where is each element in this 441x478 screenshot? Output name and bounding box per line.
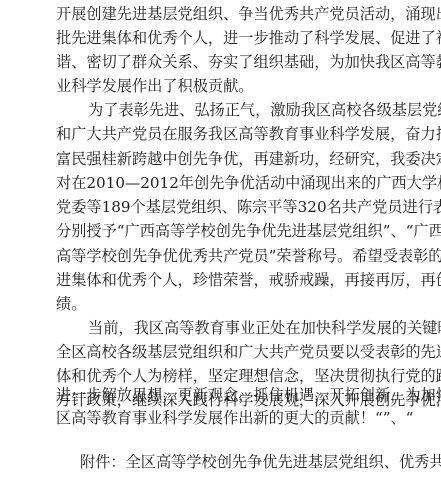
attachment-line: 附件：全区高等学校创先争优先进基层党组织、优秀共产 xyxy=(80,450,386,474)
paragraph-1-line-1: 开展创建先进基层党组织、争当优秀共产党员活动，涌现出一大 xyxy=(56,2,386,26)
paragraph-3-line-6: 区高等教育事业科学发展作出新的更大的贡献！“”、“ xyxy=(56,406,386,430)
paragraph-2-line-8: 进集体和优秀个人，珍惜荣誉，戒骄戒躁，再接再厉，再创佳 xyxy=(56,268,386,292)
paragraph-1-line-3: 谐、密切了群众关系、夯实了组织基础，为加快我区高等教育事 xyxy=(56,50,386,74)
document-page: 开展创建先进基层党组织、争当优秀共产党员活动，涌现出一大 批先进集体和优秀个人，… xyxy=(0,0,441,478)
paragraph-2-line-7: 高等学校创先争优优秀共产党员”荣誉称号。希望受表彰的先 xyxy=(56,244,386,268)
paragraph-2-line-9: 绩。 xyxy=(56,292,386,316)
paragraph-2-line-5: 党委等189个基层党组织、陈宗平等320名共产党员进行表彰， xyxy=(56,195,386,219)
paragraph-2-line-1: 为了表彰先进、弘扬正气，激励我区高校各级基层党组织 xyxy=(88,98,386,122)
paragraph-3-line-5: 进一步解放思想，更新观念，抓住机遇，开拓创新，为加快我 xyxy=(56,383,386,407)
paragraph-3-line-2: 全区高校各级基层党组织和广大共产党员要以受表彰的先进集 xyxy=(56,340,386,364)
paragraph-1-line-2: 批先进集体和优秀个人，进一步推动了科学发展、促进了社会和 xyxy=(56,26,386,50)
paragraph-3-line-1: 当前，我区高等教育事业正处在加快科学发展的关键时期。 xyxy=(88,316,386,340)
paragraph-2-line-2: 和广大共产党员在服务我区高等教育事业科学发展，奋力推进 xyxy=(56,122,386,146)
paragraph-2-line-3: 富民强桂新跨越中创先争优，再建新功，经研究，我委决定， xyxy=(56,147,386,171)
paragraph-2-line-6: 分别授予“广西高等学校创先争优先进基层党组织”、“广西 xyxy=(56,219,386,243)
paragraph-2-line-4: 对在2010—2012年创先争优活动中涌现出来的广西大学林学院 xyxy=(56,171,386,195)
paragraph-1-line-4: 业科学发展作出了积极贡献。 xyxy=(56,74,386,98)
